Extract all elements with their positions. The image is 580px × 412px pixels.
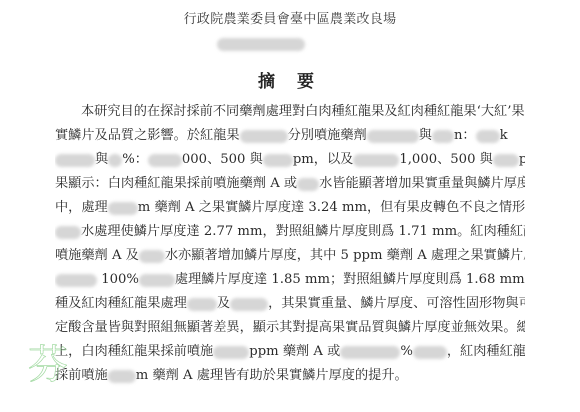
redaction bbox=[139, 250, 165, 263]
abstract-text: % bbox=[400, 344, 413, 359]
abstract-text: %： bbox=[122, 152, 148, 167]
abstract-text: 果顯示：白肉種紅龍果採前噴施藥劑 A 或 bbox=[55, 176, 297, 191]
abstract-text: ，紅肉種紅龍果 bbox=[447, 344, 525, 359]
redaction bbox=[353, 154, 399, 167]
abstract-text: 本研究目的在探討採前不同藥劑處理對白肉種紅龍果及紅肉種紅龍果‘大紅’果 bbox=[81, 104, 525, 119]
redaction bbox=[367, 130, 419, 143]
abstract-text: ，其果實重量、鱗片厚度、可溶性固形物與可滴 bbox=[268, 296, 525, 311]
redaction bbox=[476, 130, 500, 143]
redaction bbox=[108, 202, 138, 215]
abstract-text: 中，處理 bbox=[55, 200, 108, 215]
abstract-line: 100%處理鱗片厚度達 1.85 mm；對照組鱗片厚度則爲 1.68 mm。白肉 bbox=[55, 268, 525, 292]
abstract-text: 實鱗片及品質之影響。於紅龍果 bbox=[55, 128, 240, 143]
redaction bbox=[139, 274, 175, 287]
redaction bbox=[413, 346, 447, 359]
abstract-line: 與%：000、500 與pm，以及1,000、500 與pm。結 bbox=[55, 148, 525, 172]
watermark-icon: 芬 bbox=[28, 340, 68, 390]
abstract-text: 上，白肉種紅龍果採前噴施 bbox=[55, 344, 213, 359]
abstract-text: 水皆能顯著增加果實重量與鱗片厚度。其 bbox=[319, 176, 525, 191]
abstract-text: 噴施藥劑 A 及 bbox=[55, 248, 139, 263]
abstract-body: 本研究目的在探討採前不同藥劑處理對白肉種紅龍果及紅肉種紅龍果‘大紅’果實鱗片及品… bbox=[55, 100, 525, 388]
abstract-line: 水處理使鱗片厚度達 2.77 mm，對照組鱗片厚度則爲 1.71 mm。紅肉種紅… bbox=[55, 220, 525, 244]
redaction bbox=[340, 346, 400, 359]
author-redaction bbox=[217, 38, 305, 51]
abstract-text: n： bbox=[454, 128, 476, 143]
abstract-text: 定酸含量皆與對照組無顯著差異，顯示其對提高果實品質與鱗片厚度並無效果。總結以 bbox=[55, 320, 525, 335]
abstract-text: 處理鱗片厚度達 1.85 mm；對照組鱗片厚度則爲 1.68 mm。白肉 bbox=[175, 272, 525, 287]
redaction bbox=[230, 298, 268, 311]
abstract-line: 果顯示：白肉種紅龍果採前噴施藥劑 A 或水皆能顯著增加果實重量與鱗片厚度。其 bbox=[55, 172, 525, 196]
section-title: 摘 要 bbox=[0, 67, 580, 92]
abstract-text: 與 bbox=[95, 152, 108, 167]
redaction bbox=[493, 154, 519, 167]
abstract-text: 與 bbox=[419, 128, 432, 143]
abstract-line: 種及紅肉種紅龍果處理及，其果實重量、鱗片厚度、可溶性固形物與可滴 bbox=[55, 292, 525, 316]
redaction bbox=[55, 226, 81, 239]
abstract-text: k bbox=[500, 128, 508, 143]
abstract-text: m 藥劑 A 處理皆有助於果實鱗片厚度的提升。 bbox=[136, 368, 408, 383]
abstract-text: 000、500 與 bbox=[182, 152, 263, 167]
abstract-text: 100% bbox=[97, 272, 139, 287]
redaction bbox=[187, 298, 217, 311]
abstract-text: 種及紅肉種紅龍果處理 bbox=[55, 296, 187, 311]
redaction bbox=[148, 154, 182, 167]
redaction bbox=[55, 154, 95, 167]
redaction bbox=[297, 178, 319, 191]
abstract-line: 中，處理m 藥劑 A 之果實鱗片厚度達 3.24 mm，但有果皮轉色不良之情形：… bbox=[55, 196, 525, 220]
abstract-text: 1,000、500 與 bbox=[399, 152, 493, 167]
abstract-line: 噴施藥劑 A 及水亦顯著增加鱗片厚度，其中 5 ppm 藥劑 A 處理之果實鱗片… bbox=[55, 244, 525, 268]
abstract-line: 上，白肉種紅龍果採前噴施ppm 藥劑 A 或%，紅肉種紅龍果 bbox=[55, 340, 525, 364]
abstract-text: pm，以及 bbox=[293, 152, 354, 167]
redaction bbox=[108, 154, 122, 167]
abstract-text: ppm 藥劑 A 或 bbox=[249, 344, 340, 359]
abstract-line: 定酸含量皆與對照組無顯著差異，顯示其對提高果實品質與鱗片厚度並無效果。總結以 bbox=[55, 316, 525, 340]
abstract-line: 採前噴施m 藥劑 A 處理皆有助於果實鱗片厚度的提升。 bbox=[55, 364, 525, 388]
abstract-text: 水處理使鱗片厚度達 2.77 mm，對照組鱗片厚度則爲 1.71 mm。紅肉種紅… bbox=[81, 224, 525, 239]
abstract-text: pm。結 bbox=[519, 152, 525, 167]
abstract-text: 水亦顯著增加鱗片厚度，其中 5 ppm 藥劑 A 處理之果實鱗片厚度達 bbox=[165, 248, 525, 263]
abstract-line: 實鱗片及品質之影響。於紅龍果分別噴施藥劑與n：k bbox=[55, 124, 525, 148]
redaction bbox=[55, 274, 97, 287]
institution-header: 行政院農業委員會臺中區農業改良場 bbox=[0, 8, 580, 27]
redaction bbox=[263, 154, 293, 167]
abstract-text: 分別噴施藥劑 bbox=[288, 128, 367, 143]
redaction bbox=[213, 346, 249, 359]
abstract-line: 本研究目的在探討採前不同藥劑處理對白肉種紅龍果及紅肉種紅龍果‘大紅’果 bbox=[55, 100, 525, 124]
redaction bbox=[432, 130, 454, 143]
abstract-text: m 藥劑 A 之果實鱗片厚度達 3.24 mm，但有果皮轉色不良之情形：100% bbox=[138, 200, 525, 215]
redaction bbox=[240, 130, 288, 143]
redaction bbox=[108, 370, 136, 383]
abstract-text: 及 bbox=[217, 296, 230, 311]
